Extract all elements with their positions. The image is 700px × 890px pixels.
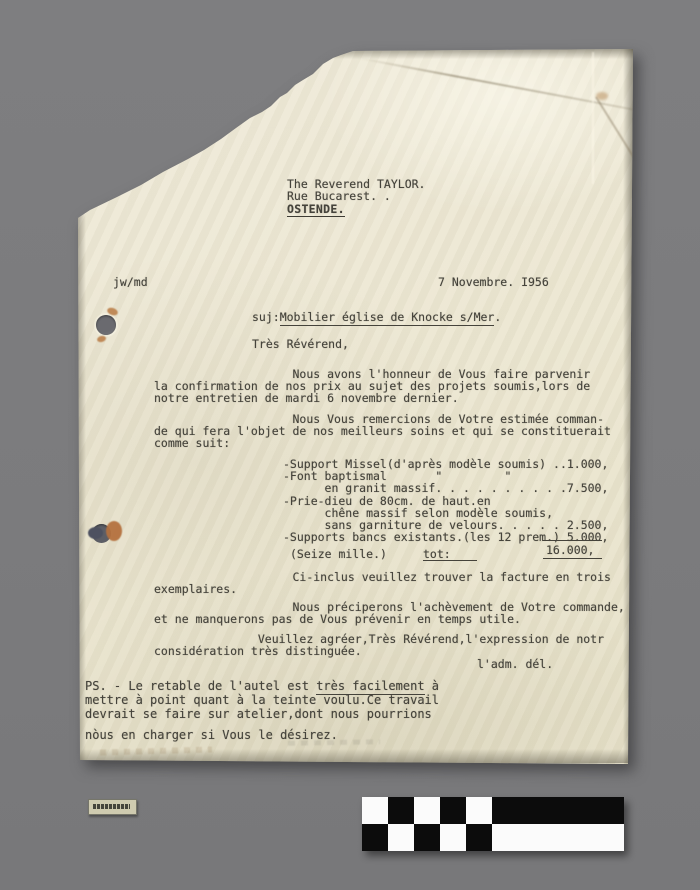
subject-suffix: . <box>494 310 501 324</box>
top-edge-shadow <box>330 48 636 59</box>
signature: l'adm. dél. <box>477 658 553 670</box>
total-value: 16.000, <box>543 544 602 556</box>
total-label-text: tot: <box>423 548 477 561</box>
ps-suffix: à <box>425 679 439 693</box>
total-label: tot: <box>423 548 477 561</box>
rust-mark <box>106 521 122 541</box>
scale-bar-cell <box>440 797 466 824</box>
paragraph-2: Nous Vous remercions de Votre estimée co… <box>154 413 611 450</box>
scale-bar-cell <box>388 824 414 851</box>
letter-document: The Reverend TAYLOR. Rue Bucarest. . OST… <box>0 0 700 890</box>
scale-bar-cell <box>466 824 492 851</box>
subject-underlined: Mobilier église de Knocke s/Mer <box>280 310 495 326</box>
scale-bar-cell <box>492 797 624 824</box>
price-item-list: -Support Missel(d'après modèle soumis) .… <box>283 458 608 543</box>
ps-body: mettre à point quant à la teinte voulu.C… <box>85 693 439 722</box>
paragraph-5: Veuillez agréer,Très Révérend,l'expressi… <box>154 633 604 657</box>
paragraph-1: Nous avons l'honneur de Vous faire parve… <box>154 368 590 405</box>
scale-bar-cell <box>440 824 466 851</box>
ps-line-1: PS. - Le retable de l'autel est très fac… <box>85 679 439 693</box>
subject-line: suj:Mobilier église de Knocke s/Mer. <box>252 311 501 323</box>
label-barcode <box>93 804 130 809</box>
scale-bar-cell <box>362 797 388 824</box>
archive-label-sticker <box>88 799 137 815</box>
scale-bar-cell <box>492 824 624 851</box>
total-in-words: (Seize mille.) <box>290 548 387 560</box>
scale-bar-cell <box>414 824 440 851</box>
paragraph-3: Ci-inclus veuillez trouver la facture en… <box>154 571 611 595</box>
recipient-city: OSTENDE. <box>287 203 345 215</box>
fold-crease <box>358 57 636 111</box>
reference-initials: jw/md <box>113 276 148 288</box>
recipient-city-text: OSTENDE. <box>287 202 345 217</box>
recipient-address: The Reverend TAYLOR. Rue Bucarest. . <box>287 178 425 202</box>
scale-bar-cell <box>414 797 440 824</box>
fold-crease <box>592 52 594 184</box>
photo-background: The Reverend TAYLOR. Rue Bucarest. . OST… <box>0 0 700 890</box>
ps-prefix: PS. - Le retable de l'autel est <box>85 679 316 693</box>
right-edge-shadow <box>623 49 634 765</box>
photographic-scale-bar <box>362 797 624 851</box>
scale-bar-cell <box>388 797 414 824</box>
paper-stain <box>596 92 608 100</box>
scale-bar-cell <box>466 797 492 824</box>
rust-mark <box>96 335 106 343</box>
pencil-scribble <box>100 747 212 756</box>
salutation: Très Révérend, <box>252 338 349 350</box>
pencil-scribble <box>62 734 67 760</box>
paragraph-4: Nous préciperons l'achèvement de Votre c… <box>154 601 625 625</box>
scale-bar-cell <box>362 824 388 851</box>
ps-last-line: nòus en charger si Vous le désirez. <box>85 728 338 742</box>
fold-crease <box>595 96 640 167</box>
subject-prefix: suj: <box>252 310 280 324</box>
ink-smudge <box>88 527 103 539</box>
punch-hole <box>96 315 116 335</box>
letter-date: 7 Novembre. I956 <box>438 276 549 288</box>
total-value-text: 16.000, <box>543 540 602 559</box>
letter-paper: The Reverend TAYLOR. Rue Bucarest. . OST… <box>0 0 700 890</box>
